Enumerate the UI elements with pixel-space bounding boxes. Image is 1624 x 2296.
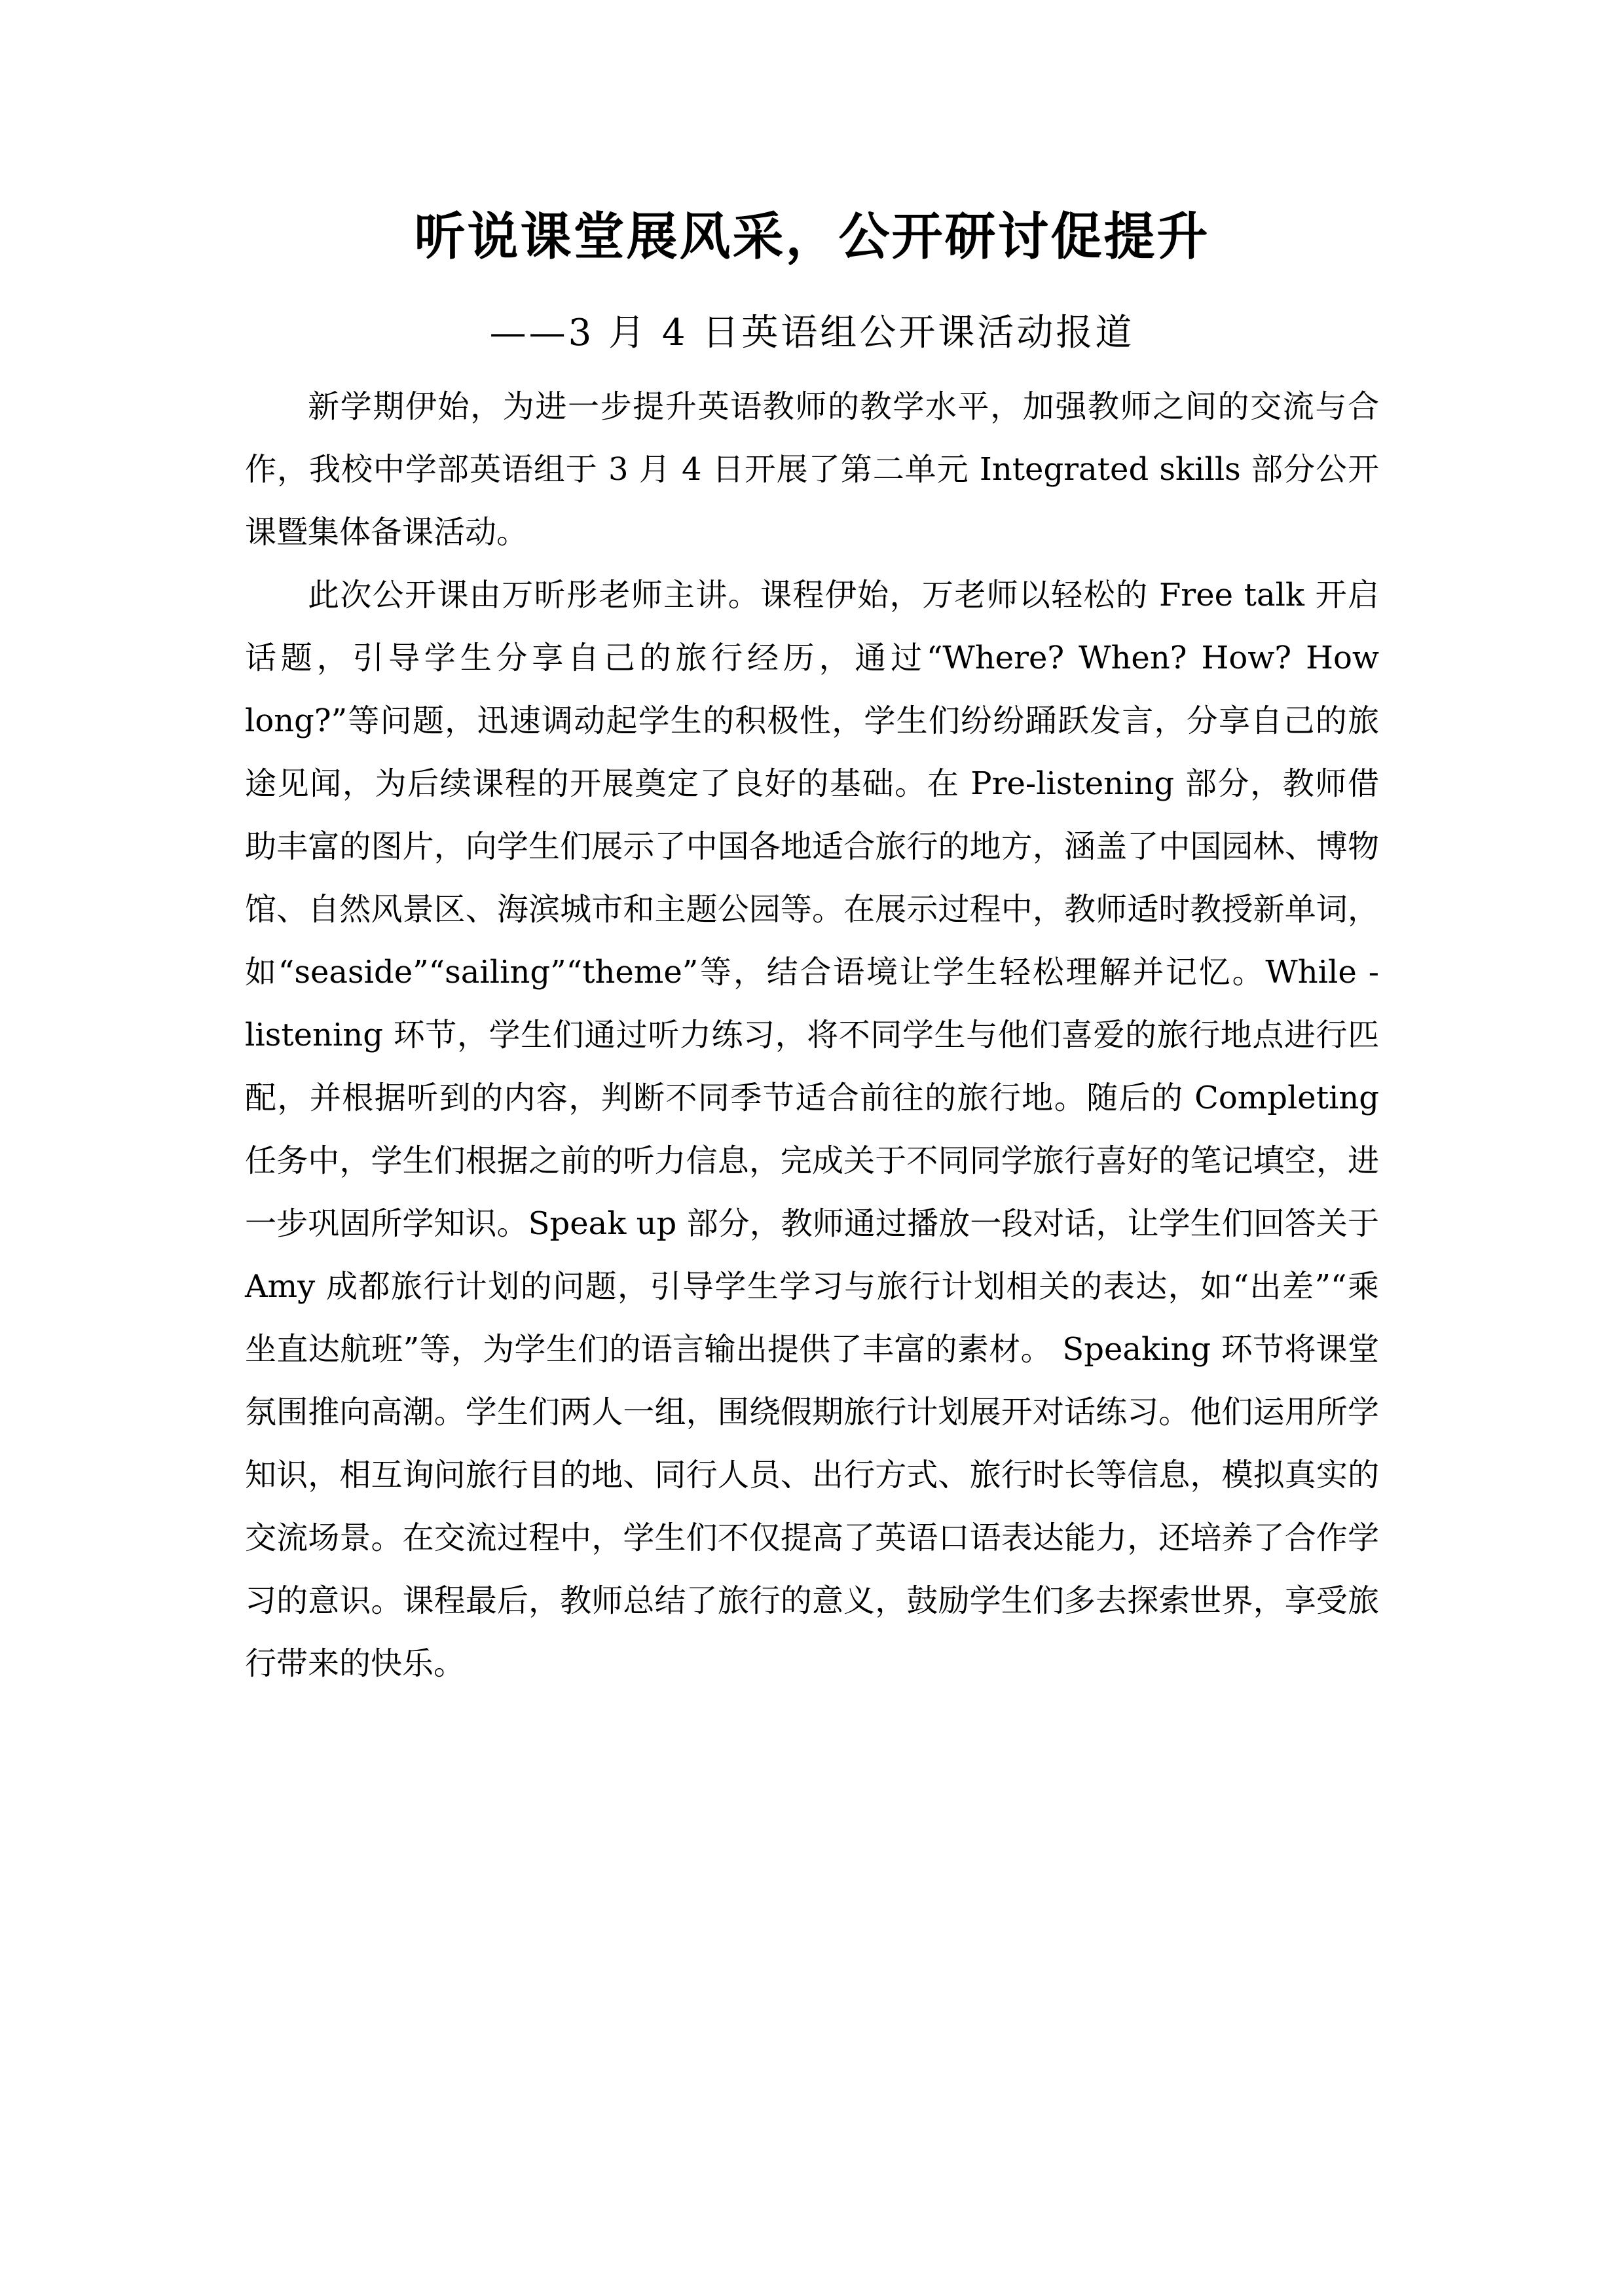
document-page: 听说课堂展风采，公开研讨促提升 ——3 月 4 日英语组公开课活动报道 新学期伊… bbox=[0, 0, 1624, 2296]
document-title: 听说课堂展风采，公开研讨促提升 bbox=[0, 0, 1624, 266]
document-body: 新学期伊始，为进一步提升英语教师的教学水平，加强教师之间的交流与合作，我校中学部… bbox=[245, 375, 1379, 1695]
paragraph-intro: 新学期伊始，为进一步提升英语教师的教学水平，加强教师之间的交流与合作，我校中学部… bbox=[245, 375, 1379, 564]
document-subtitle: ——3 月 4 日英语组公开课活动报道 bbox=[0, 313, 1624, 354]
paragraph-lesson-report: 此次公开课由万昕彤老师主讲。课程伊始，万老师以轻松的 Free talk 开启话… bbox=[245, 564, 1379, 1695]
